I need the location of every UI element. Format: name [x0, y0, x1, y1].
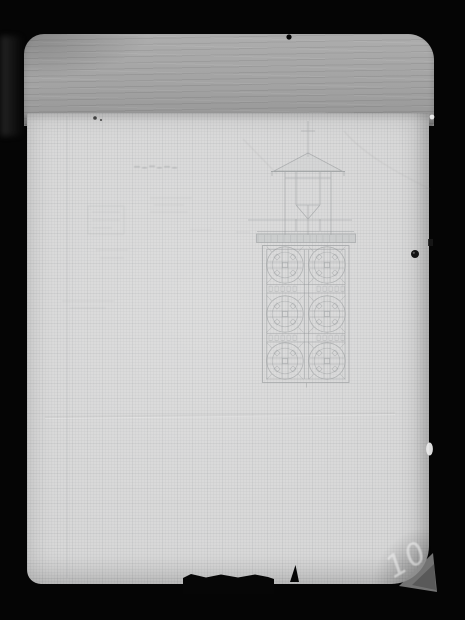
background-streak — [1, 36, 23, 136]
sketch-paper — [27, 113, 429, 584]
paper-corner-shadow — [336, 491, 431, 586]
photograph: 10 — [0, 0, 465, 620]
